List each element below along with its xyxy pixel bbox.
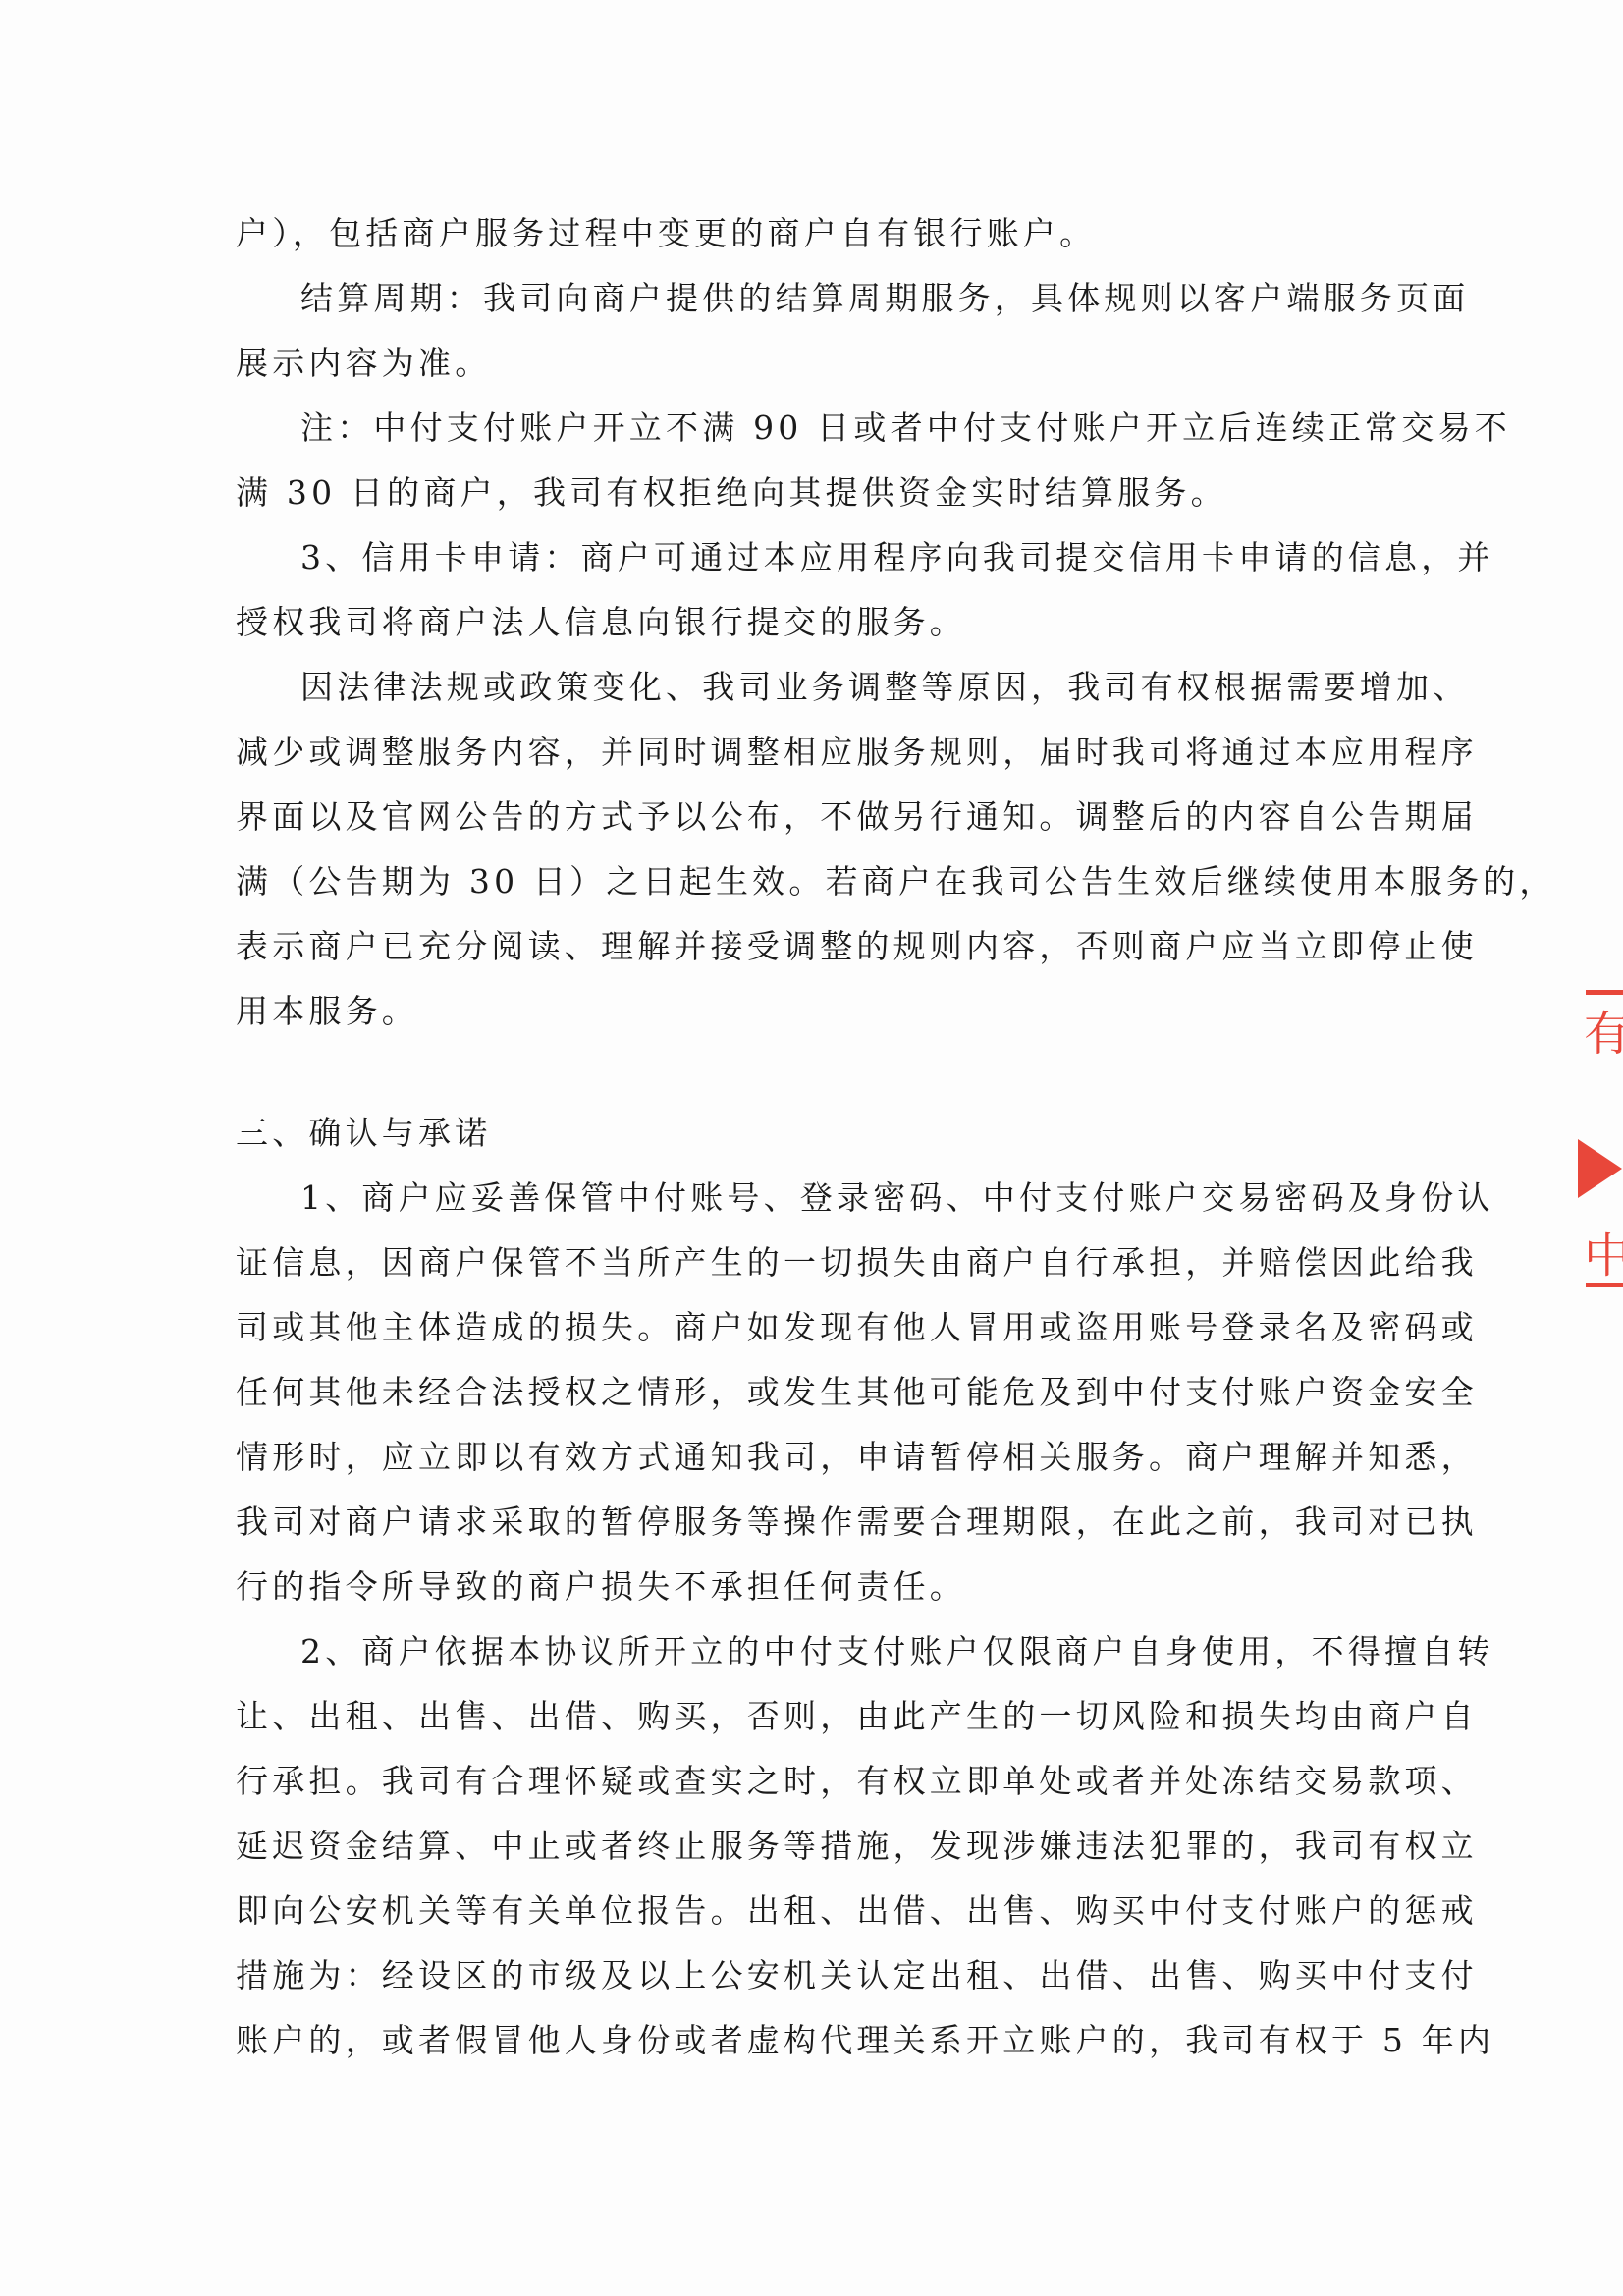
text-line: 满（公告期为 30 日）之日起生效。若商户在我司公告生效后继续使用本服务的， xyxy=(236,862,1365,902)
text-line: 我司对商户请求采取的暂停服务等操作需要合理期限，在此之前，我司对已执 xyxy=(236,1503,1365,1542)
text-line: 措施为：经设区的市级及以上公安机关认定出租、出借、出售、购买中付支付 xyxy=(236,1956,1365,1995)
text-line: 2、商户依据本协议所开立的中付支付账户仅限商户自身使用，不得擅自转 xyxy=(300,1632,1430,1671)
seal-char-1: 有 xyxy=(1584,996,1623,1064)
text-line: 因法律法规或政策变化、我司业务调整等原因，我司有权根据需要增加、 xyxy=(300,668,1430,707)
text-line: 减少或调整服务内容，并同时调整相应服务规则，届时我司将通过本应用程序 xyxy=(236,733,1365,772)
text-line: 情形时，应立即以有效方式通知我司，申请暂停相关服务。商户理解并知悉， xyxy=(236,1438,1365,1477)
text-line: 账户的，或者假冒他人身份或者虚构代理关系开立账户的，我司有权于 5 年内 xyxy=(236,2021,1365,2060)
text-line: 用本服务。 xyxy=(236,992,1365,1031)
text-line: 让、出租、出售、出借、购买，否则，由此产生的一切风险和损失均由商户自 xyxy=(236,1697,1365,1736)
text-line: 界面以及官网公告的方式予以公布，不做另行通知。调整后的内容自公告期届 xyxy=(236,797,1365,837)
section-heading: 三、确认与承诺 xyxy=(236,1114,1365,1153)
seal-char-2: 中 xyxy=(1584,1218,1623,1285)
seal-star-icon xyxy=(1578,1139,1622,1198)
text-line: 授权我司将商户法人信息向银行提交的服务。 xyxy=(236,603,1365,642)
text-line: 户），包括商户服务过程中变更的商户自有银行账户。 xyxy=(236,214,1365,253)
text-line: 1、商户应妥善保管中付账号、登录密码、中付支付账户交易密码及身份认 xyxy=(300,1178,1430,1218)
text-line: 注：中付支付账户开立不满 90 日或者中付支付账户开立后连续正常交易不 xyxy=(300,409,1430,448)
text-line: 证信息，因商户保管不当所产生的一切损失由商户自行承担，并赔偿因此给我 xyxy=(236,1243,1365,1283)
text-line: 行的指令所导致的商户损失不承担任何责任。 xyxy=(236,1567,1365,1607)
seal-border-bottom xyxy=(1586,1283,1623,1287)
text-line: 3、信用卡申请：商户可通过本应用程序向我司提交信用卡申请的信息，并 xyxy=(300,538,1430,577)
text-line: 满 30 日的商户，我司有权拒绝向其提供资金实时结算服务。 xyxy=(236,473,1365,513)
document-page: 户），包括商户服务过程中变更的商户自有银行账户。结算周期：我司向商户提供的结算周… xyxy=(0,0,1623,2296)
text-line: 任何其他未经合法授权之情形，或发生其他可能危及到中付支付账户资金安全 xyxy=(236,1373,1365,1412)
text-line: 即向公安机关等有关单位报告。出租、出借、出售、购买中付支付账户的惩戒 xyxy=(236,1891,1365,1931)
company-seal-stamp: 有 中 xyxy=(1576,982,1623,1296)
text-line: 表示商户已充分阅读、理解并接受调整的规则内容，否则商户应当立即停止使 xyxy=(236,927,1365,966)
text-line: 司或其他主体造成的损失。商户如发现有他人冒用或盗用账号登录名及密码或 xyxy=(236,1308,1365,1347)
text-line: 结算周期：我司向商户提供的结算周期服务，具体规则以客户端服务页面 xyxy=(300,279,1430,318)
seal-border-top xyxy=(1586,990,1623,995)
text-line: 展示内容为准。 xyxy=(236,344,1365,383)
text-line: 行承担。我司有合理怀疑或查实之时，有权立即单处或者并处冻结交易款项、 xyxy=(236,1762,1365,1801)
text-line: 延迟资金结算、中止或者终止服务等措施，发现涉嫌违法犯罪的，我司有权立 xyxy=(236,1827,1365,1866)
